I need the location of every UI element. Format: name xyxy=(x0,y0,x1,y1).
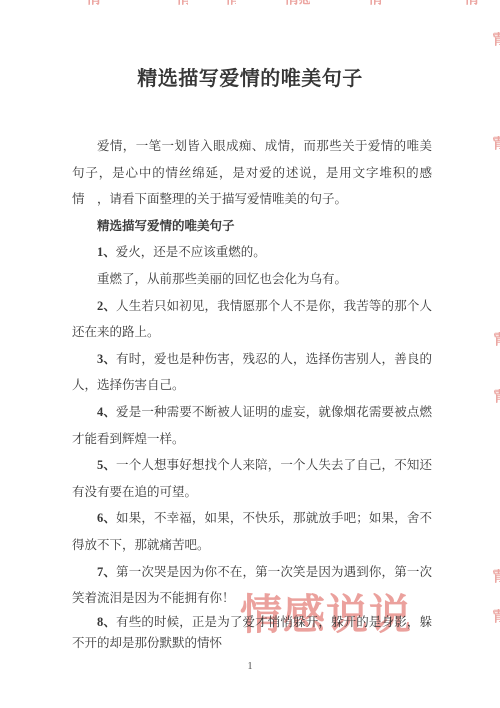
paragraph: 2、人生若只如初见，我情愿那个人不是你，我苦等的那个人还在来的路上。 xyxy=(72,293,432,346)
document-body: 爱情，一笔一划皆入眼成痴、成情，而那些关于爱情的唯美句子，是心中的情丝绵延，是对… xyxy=(72,133,432,654)
paragraph: 精选描写爱情的唯美句子 xyxy=(72,213,432,240)
paragraph: 5、一个人想事好想找个人来陪，一个人失去了自己，不知还有没有要在追的可望。 xyxy=(72,452,432,505)
list-number: 8、 xyxy=(97,615,116,629)
watermark-fragment: 情感说说 xyxy=(493,609,500,625)
document-title: 精选描写爱情的唯美句子 xyxy=(0,0,500,94)
paragraph: 爱情，一笔一划皆入眼成痴、成情，而那些关于爱情的唯美句子，是心中的情丝绵延，是对… xyxy=(72,133,432,213)
paragraph: 3、有时，爱也是种伤害，残忍的人，选择伤害别人，善良的人，选择伤害自己。 xyxy=(72,346,432,399)
list-number: 4、 xyxy=(97,405,116,419)
document-page: 情感说说 情感说说 情感说说 情感说说 情感说说 情感说说 情感说说 情感说说 … xyxy=(0,0,500,708)
list-number: 1、 xyxy=(97,245,116,259)
paragraph: 7、第一次哭是因为你不在，第一次笑是因为遇到你，第一次笑着流泪是因为不能拥有你！ xyxy=(72,559,432,612)
list-number: 3、 xyxy=(97,352,116,366)
watermark-fragment: 情感说说 xyxy=(493,569,500,583)
paragraph: 1、爱火，还是不应该重燃的。 xyxy=(72,239,432,266)
list-number: 7、 xyxy=(97,565,116,579)
page-number: 1 xyxy=(0,661,500,672)
paragraph: 6、如果，不幸福，如果，不快乐，那就放手吧；如果，舍不得放不下，那就痛苦吧。 xyxy=(72,505,432,558)
list-number: 6、 xyxy=(97,511,116,525)
list-number: 2、 xyxy=(97,299,116,313)
paragraph: 重燃了，从前那些美丽的回忆也会化为乌有。 xyxy=(72,266,432,293)
watermark-fragment: 情感说说 xyxy=(494,389,500,403)
watermark-fragment: 情感说说 xyxy=(493,136,500,152)
paragraph: 4、爱是一种需要不断被人证明的虚妄，就像烟花需要被点燃才能看到辉煌一样。 xyxy=(72,399,432,452)
watermark-fragment: 情感说说 xyxy=(494,332,500,348)
paragraph: 8、有些的时候，正是为了爱才悄悄躲开，躲开的是身影，躲不开的却是那份默默的情怀 xyxy=(72,612,432,654)
list-number: 5、 xyxy=(97,458,116,472)
